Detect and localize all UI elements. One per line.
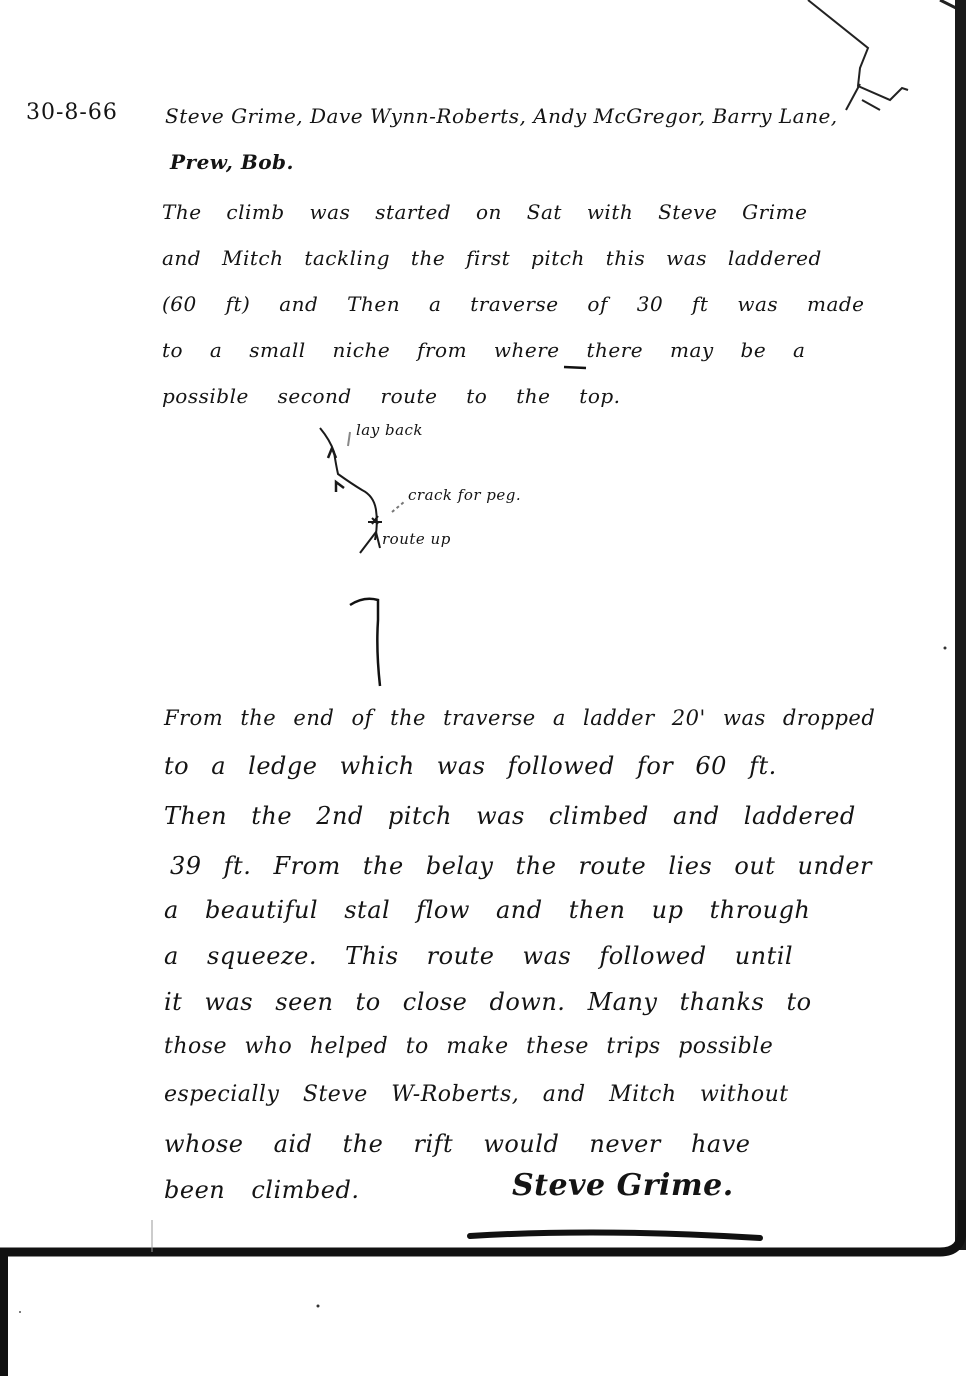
sketch-label-lay-back: lay back xyxy=(356,421,423,439)
paragraph-2-line: a squeeze. This route was followed until xyxy=(164,942,793,970)
sketch-hook-mark xyxy=(350,599,380,686)
paragraph-2-line: been climbed. xyxy=(164,1176,359,1204)
paragraph-1-line: possible second route to the top. xyxy=(162,384,621,408)
entry-date: 30-8-66 xyxy=(26,100,118,125)
paragraph-2-line: it was seen to close down. Many thanks t… xyxy=(164,988,812,1016)
left-binding-edge xyxy=(0,1252,8,1376)
sketch-label-crack-for-peg: crack for peg. xyxy=(408,486,521,504)
paragraph-2-line: to a ledge which was followed for 60 ft. xyxy=(164,752,777,780)
participants-line-1: Steve Grime, Dave Wynn-Roberts, Andy McG… xyxy=(165,104,838,128)
sketch-label-route-up: route up xyxy=(382,530,451,548)
paragraph-2-line: those who helped to make these trips pos… xyxy=(164,1034,773,1059)
signature-underline xyxy=(470,1232,760,1238)
paragraph-1-line: and Mitch tackling the first pitch this … xyxy=(162,246,822,270)
paragraph-2-line: 39 ft. From the belay the route lies out… xyxy=(170,852,872,880)
signature: Steve Grime. xyxy=(512,1168,734,1203)
scanned-page: 30-8-66 Steve Grime, Dave Wynn-Roberts, … xyxy=(0,0,966,1376)
paragraph-1-line: to a small niche from where there may be… xyxy=(162,338,805,362)
participants-line-2: Prew, Bob. xyxy=(170,150,294,174)
may-underline xyxy=(564,367,586,368)
paragraph-1-line: The climb was started on Sat with Steve … xyxy=(162,200,807,224)
paragraph-2-line: Then the 2nd pitch was climbed and ladde… xyxy=(164,802,856,830)
paragraph-2-line: whose aid the rift would never have xyxy=(164,1130,750,1158)
paragraph-2-line: From the end of the traverse a ladder 20… xyxy=(164,706,875,730)
corner-fold-mark xyxy=(808,0,960,110)
paragraph-1-line: (60 ft) and Then a traverse of 30 ft was… xyxy=(162,292,865,316)
paragraph-2-line: a beautiful stal flow and then up throug… xyxy=(164,896,810,924)
paragraph-2-line: especially Steve W-Roberts, and Mitch wi… xyxy=(164,1082,789,1107)
bottom-page-edge xyxy=(0,1200,962,1252)
right-page-edge xyxy=(955,0,966,1250)
